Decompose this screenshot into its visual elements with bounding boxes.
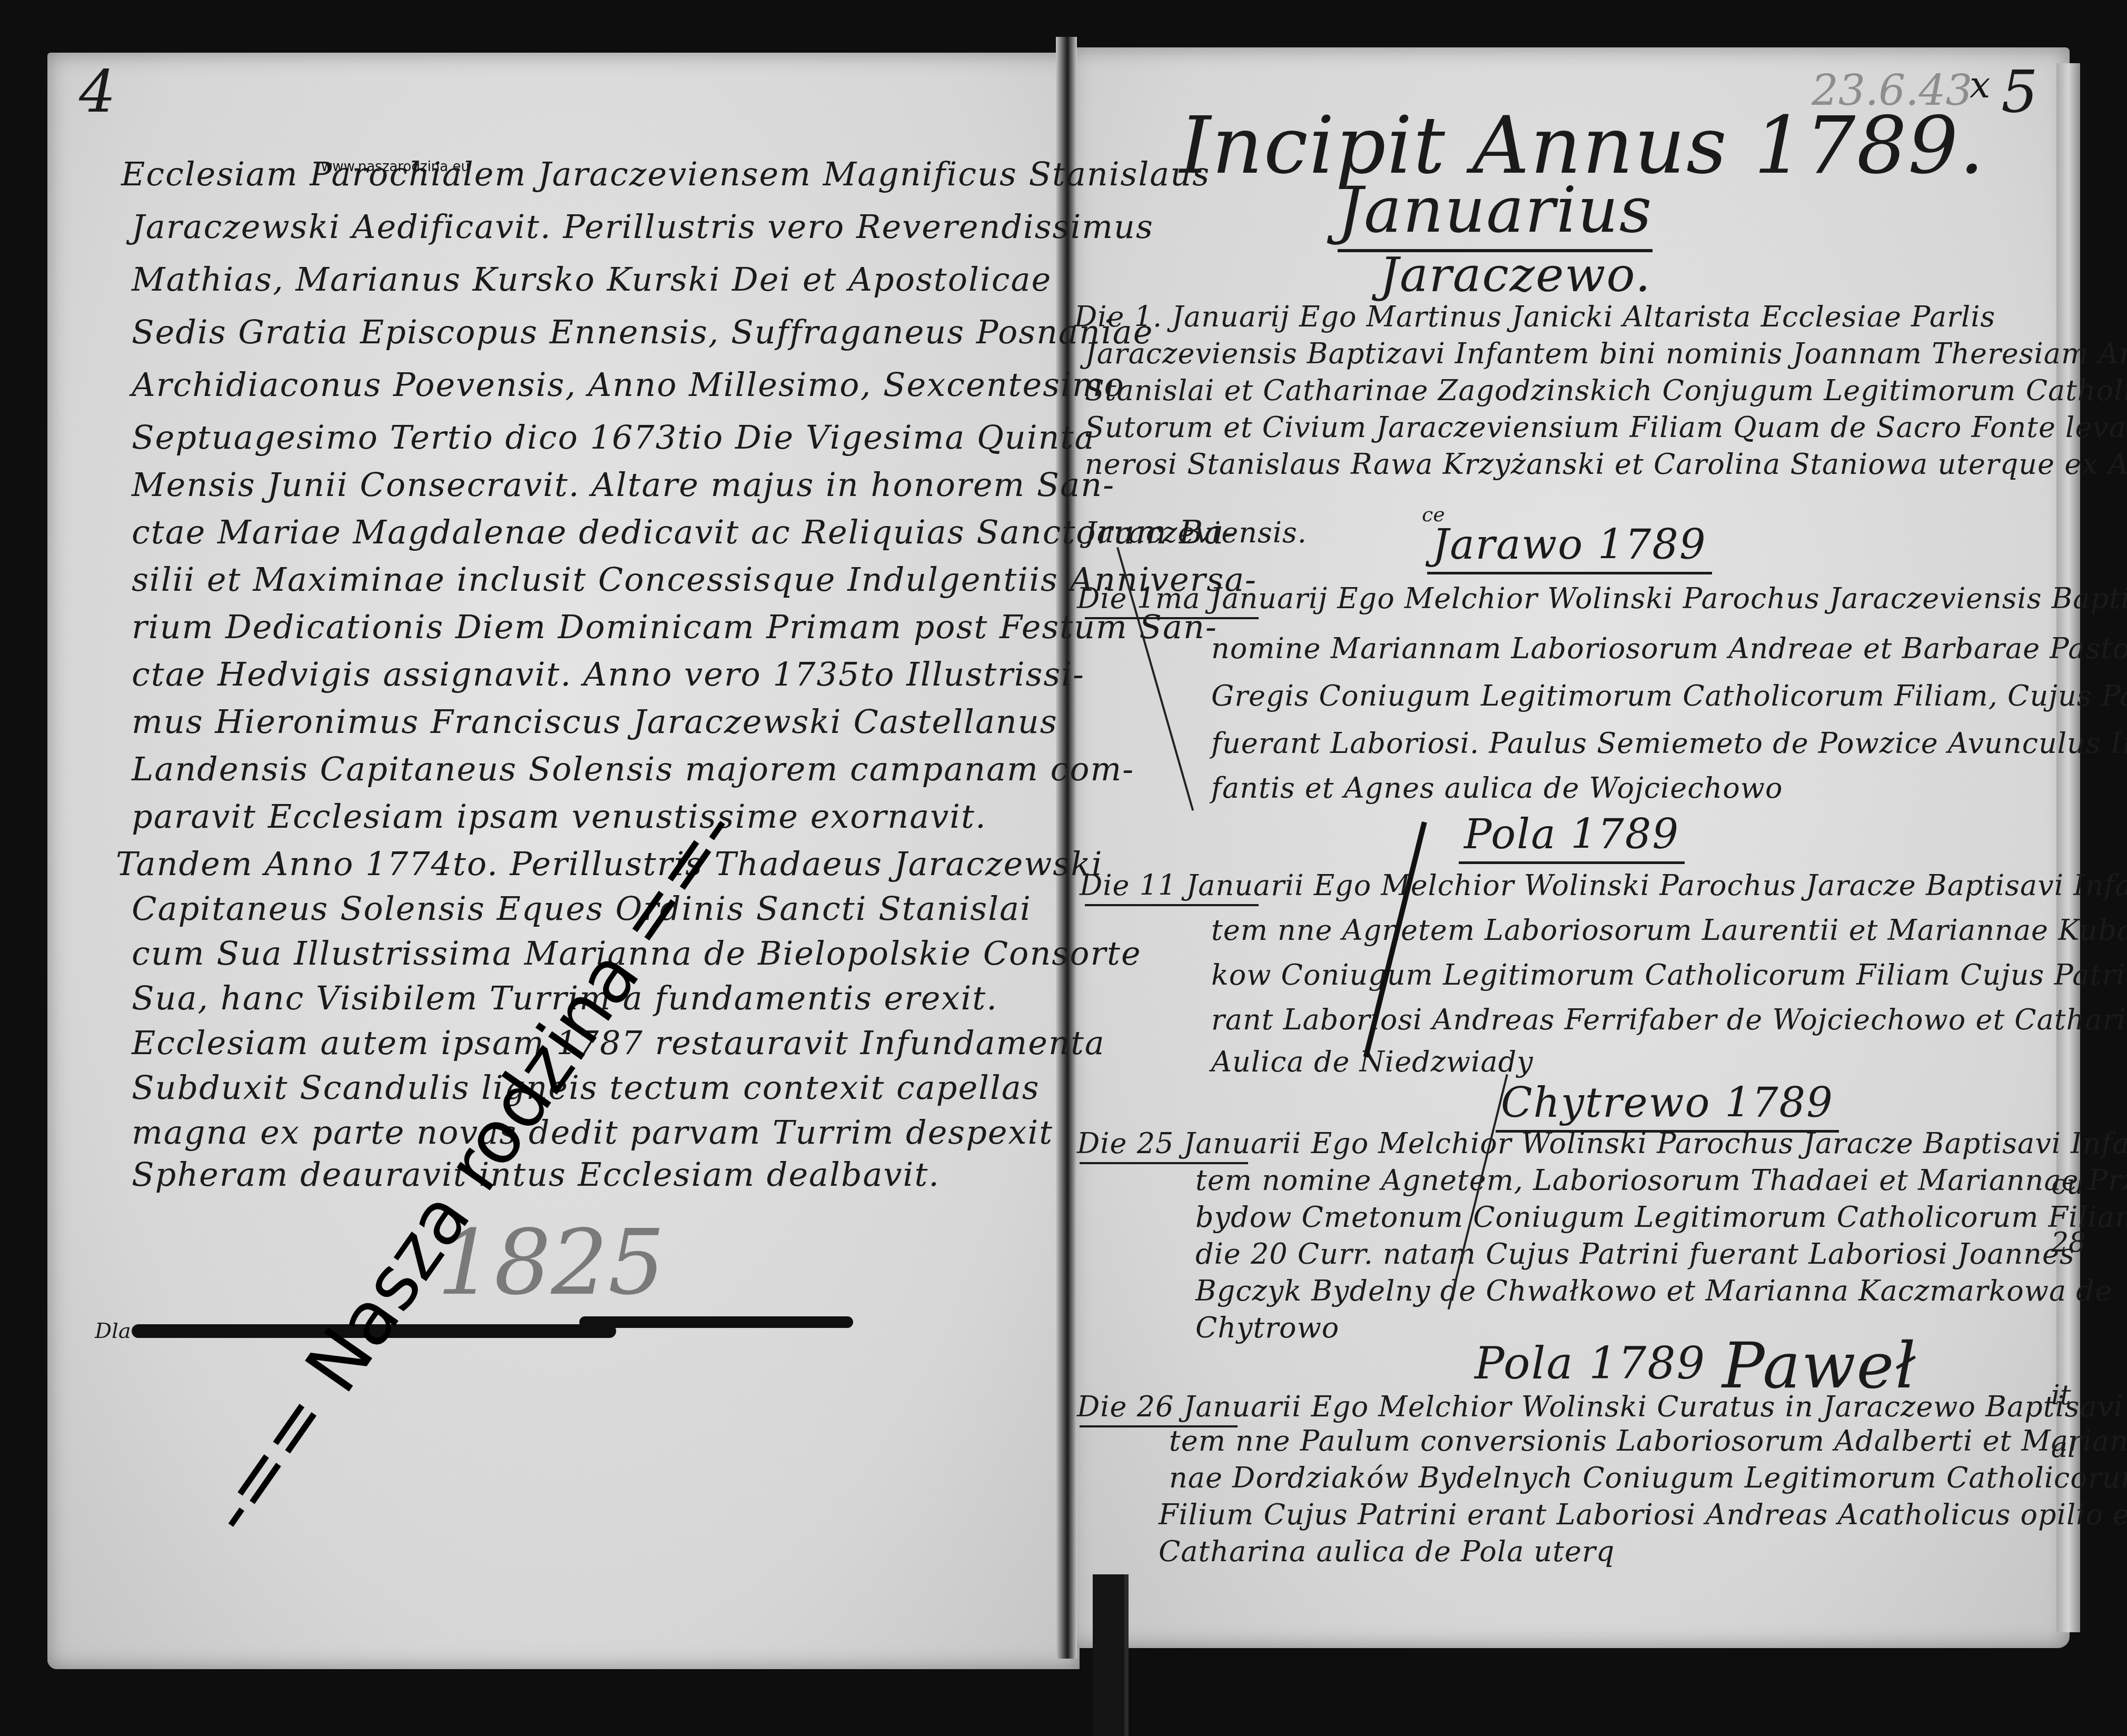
entry-line: Filium Cujus Patrini erant Laboriosi And… xyxy=(1159,1498,2127,1531)
left-text-line: Sedis Gratia Episcopus Ennensis, Suffrag… xyxy=(132,316,1153,349)
entry-line: Sutorum et Civium Jaraczeviensium Filiam… xyxy=(1085,411,2127,444)
left-text-line: Archidiaconus Poevensis, Anno Millesimo,… xyxy=(132,369,1125,401)
left-text-line: ctae Hedvigis assignavit. Anno vero 1735… xyxy=(132,658,1085,691)
watermark-url: www.naszarodzina.eu xyxy=(321,159,470,175)
left-text-line: rium Dedicationis Diem Dominicam Primam … xyxy=(132,611,1218,643)
left-text-line: Septuagesimo Tertio dico 1673tio Die Vig… xyxy=(132,421,1095,454)
entry-line: fantis et Agnes aulica de Wojciechowo xyxy=(1211,771,1783,805)
struck-line-prefix: Dla xyxy=(95,1319,131,1343)
entry-line: tem nne Agnetem Laboriosorum Laurentii e… xyxy=(1211,914,2127,947)
entry-line: tem nomine Agnetem, Laboriosorum Thadaei… xyxy=(1195,1164,2127,1197)
entry-date-underline xyxy=(1080,1129,1248,1164)
entry-line: die 20 Curr. natam Cujus Patrini fuerant… xyxy=(1195,1237,2075,1271)
entry-line: bydow Cmetonum Coniugum Legitimorum Cath… xyxy=(1195,1201,2127,1234)
ink-strikethrough xyxy=(579,1316,853,1328)
margin-note: it xyxy=(2051,1380,2071,1411)
entry-line: Chytrowo xyxy=(1195,1311,1339,1344)
left-folio-number: 4 xyxy=(79,58,116,125)
entry-line: Jaraczeviensis Baptizavi Infantem bini n… xyxy=(1085,337,2127,370)
entry-line: Aulica de Niedzwiady xyxy=(1211,1045,1534,1078)
month-heading: Januarius xyxy=(1338,174,1653,252)
entry-line: tem nne Paulum conversionis Laboriosorum… xyxy=(1169,1424,2127,1457)
entry-line: Jaraczeviensis. xyxy=(1085,516,1307,549)
left-text-line: Spheram deauravit intus Ecclesiam dealba… xyxy=(132,1158,940,1191)
entry-village: Jaraczewo. xyxy=(1380,247,1651,303)
entry-village: Jarawo 1789 xyxy=(1427,521,1712,574)
left-text-line: Mathias, Marianus Kursko Kurski Dei et A… xyxy=(132,263,1052,296)
left-text-line: Mensis Junii Consecravit. Altare majus i… xyxy=(132,469,1115,501)
margin-note: cu xyxy=(2051,1169,2084,1201)
left-text-line: paravit Ecclesiam ipsam venustissime exo… xyxy=(132,800,987,833)
entry-line: fuerant Laboriosi. Paulus Semiemeto de P… xyxy=(1211,727,2127,760)
margin-note: al xyxy=(2051,1432,2076,1464)
entry-line: kow Coniugum Legitimorum Catholicorum Fi… xyxy=(1211,958,2127,991)
right-folio-number: 5 xyxy=(2001,58,2038,125)
entry-date-underline xyxy=(1085,871,1259,906)
left-text-line: ctae Mariae Magdalenae dedicavit ac Reli… xyxy=(132,516,1236,549)
entry-line: nae Dordziaków Bydelnych Coniugum Legiti… xyxy=(1169,1461,2127,1494)
left-text-line: mus Hieronimus Franciscus Jaraczewski Ca… xyxy=(132,706,1058,738)
entry-village: Pola 1789 xyxy=(1459,811,1685,864)
binding-clip xyxy=(1093,1574,1124,1736)
left-text-line: magna ex parte novas dedit parvam Turrim… xyxy=(132,1116,1053,1149)
entry-line: Bgczyk Bydelny de Chwałkowo et Marianna … xyxy=(1195,1274,2112,1307)
entry-line: Die 1. Januarij Ego Martinus Janicki Alt… xyxy=(1074,300,1995,333)
left-text-line: Jaraczewski Aedificavit. Perillustris ve… xyxy=(132,211,1154,243)
entry-line: Gregis Coniugum Legitimorum Catholicorum… xyxy=(1211,679,2127,712)
entry-line: nomine Mariannam Laboriosorum Andreae et… xyxy=(1211,632,2127,665)
entry-village: Chytrewo 1789 xyxy=(1496,1079,1839,1133)
margin-note: 28 xyxy=(2051,1227,2086,1258)
entry-line: Stanislai et Catharinae Zagodzinskich Co… xyxy=(1085,374,2127,407)
entry-date-underline xyxy=(1085,584,1259,619)
entry-line: rant Laboriosi Andreas Ferrifaber de Woj… xyxy=(1211,1003,2127,1036)
left-text-line: Landensis Capitaneus Solensis majorem ca… xyxy=(132,753,1134,786)
left-text-line: Ecclesiam Parochialem Jaraczeviensem Mag… xyxy=(121,158,1210,191)
left-text-line: Capitaneus Solensis Eques Ordinis Sancti… xyxy=(132,892,1032,925)
entry-date-underline xyxy=(1080,1393,1238,1427)
left-text-line: Tandem Anno 1774to. Perillustris Thadaeu… xyxy=(116,848,1103,880)
entry-village: Pola 1789 xyxy=(1475,1337,1706,1389)
entry-line: Catharina aulica de Pola uterq xyxy=(1159,1535,1615,1568)
entry-line: nerosi Stanislaus Rawa Krzyżanski et Car… xyxy=(1085,448,2127,481)
open-register-book: 4 Ecclesiam Parochialem Jaraczeviensem M… xyxy=(0,0,2127,1736)
